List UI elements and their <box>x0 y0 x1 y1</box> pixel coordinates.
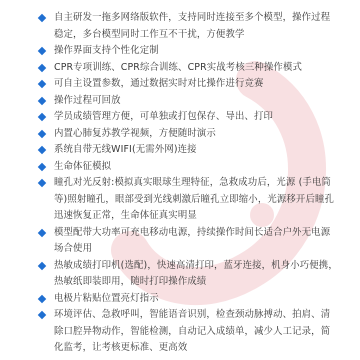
feature-item: 自主研发一拖多网络版软件，支持同时连接至多个模型，操作过程稳定，多台模型同时工作… <box>38 10 338 43</box>
blue-diamond-icon <box>38 146 46 154</box>
blue-diamond-icon <box>38 113 46 121</box>
feature-text: 内置心肺复苏教学视频，方便随时演示 <box>54 128 216 139</box>
blue-diamond-icon <box>38 179 46 187</box>
feature-text: 可自主设置参数，通过数据实时对比操作进行竞赛 <box>54 78 264 89</box>
blue-diamond-icon <box>38 14 46 22</box>
feature-text: 模型配带大功率可充电移动电源，持续操作时间长适合户外无电源场合使用 <box>54 227 330 255</box>
feature-item: 电极片粘贴位置亮灯指示 <box>38 291 338 308</box>
feature-item: 热敏成绩打印机(选配)，快速高清打印，蓝牙连接，机身小巧便携，热敏纸即装即用，随… <box>38 258 338 291</box>
feature-text: 系统自带无线WIFI(无需外网)连接 <box>54 144 197 155</box>
feature-item: 操作过程可回放 <box>38 93 338 110</box>
feature-item: CPR专项训练、CPR综合训练、CPR实战考核三种操作模式 <box>38 60 338 77</box>
blue-diamond-icon <box>38 261 46 269</box>
feature-item: 瞳孔对光反射:模拟真实眼球生理特征，急救成功后，光源 (手电筒等)照射瞳孔，眼部… <box>38 175 338 225</box>
feature-item: 系统自带无线WIFI(无需外网)连接 <box>38 142 338 159</box>
feature-text: CPR专项训练、CPR综合训练、CPR实战考核三种操作模式 <box>54 62 302 73</box>
feature-item: 模型配带大功率可充电移动电源，持续操作时间长适合户外无电源场合使用 <box>38 225 338 258</box>
blue-diamond-icon <box>38 63 46 71</box>
feature-text: 电极片粘贴位置亮灯指示 <box>54 293 159 304</box>
blue-diamond-icon <box>38 311 46 319</box>
feature-text: 瞳孔对光反射:模拟真实眼球生理特征，急救成功后，光源 (手电筒等)照射瞳孔，眼部… <box>54 177 334 221</box>
feature-item: 内置心肺复苏教学视频，方便随时演示 <box>38 126 338 143</box>
feature-text: 操作界面支持个性化定制 <box>54 45 159 56</box>
feature-text: 环境评估、急救呼叫，智能语音识别，检查颈动脉搏动、拍肩、清除口腔异物动作，智能检… <box>54 309 330 353</box>
blue-diamond-icon <box>38 129 46 137</box>
feature-text: 自主研发一拖多网络版软件，支持同时连接至多个模型，操作过程稳定，多台模型同时工作… <box>54 12 330 40</box>
feature-item: 生命体征模拟 <box>38 159 338 176</box>
blue-diamond-icon <box>38 47 46 55</box>
feature-text: 生命体征模拟 <box>54 161 111 172</box>
blue-diamond-icon <box>38 228 46 236</box>
feature-item: 可自主设置参数，通过数据实时对比操作进行竞赛 <box>38 76 338 93</box>
blue-diamond-icon <box>38 162 46 170</box>
feature-list: 自主研发一拖多网络版软件，支持同时连接至多个模型，操作过程稳定，多台模型同时工作… <box>38 10 338 357</box>
feature-item: 学员成绩管理方便，可单独或打包保存、导出、打印 <box>38 109 338 126</box>
feature-text: 热敏成绩打印机(选配)，快速高清打印，蓝牙连接，机身小巧便携，热敏纸即装即用，随… <box>54 260 338 288</box>
blue-diamond-icon <box>38 96 46 104</box>
feature-item: 环境评估、急救呼叫，智能语音识别，检查颈动脉搏动、拍肩、清除口腔异物动作，智能检… <box>38 307 338 357</box>
feature-text: 学员成绩管理方便，可单独或打包保存、导出、打印 <box>54 111 273 122</box>
feature-text: 操作过程可回放 <box>54 95 121 106</box>
blue-diamond-icon <box>38 80 46 88</box>
feature-item: 操作界面支持个性化定制 <box>38 43 338 60</box>
blue-diamond-icon <box>38 294 46 302</box>
